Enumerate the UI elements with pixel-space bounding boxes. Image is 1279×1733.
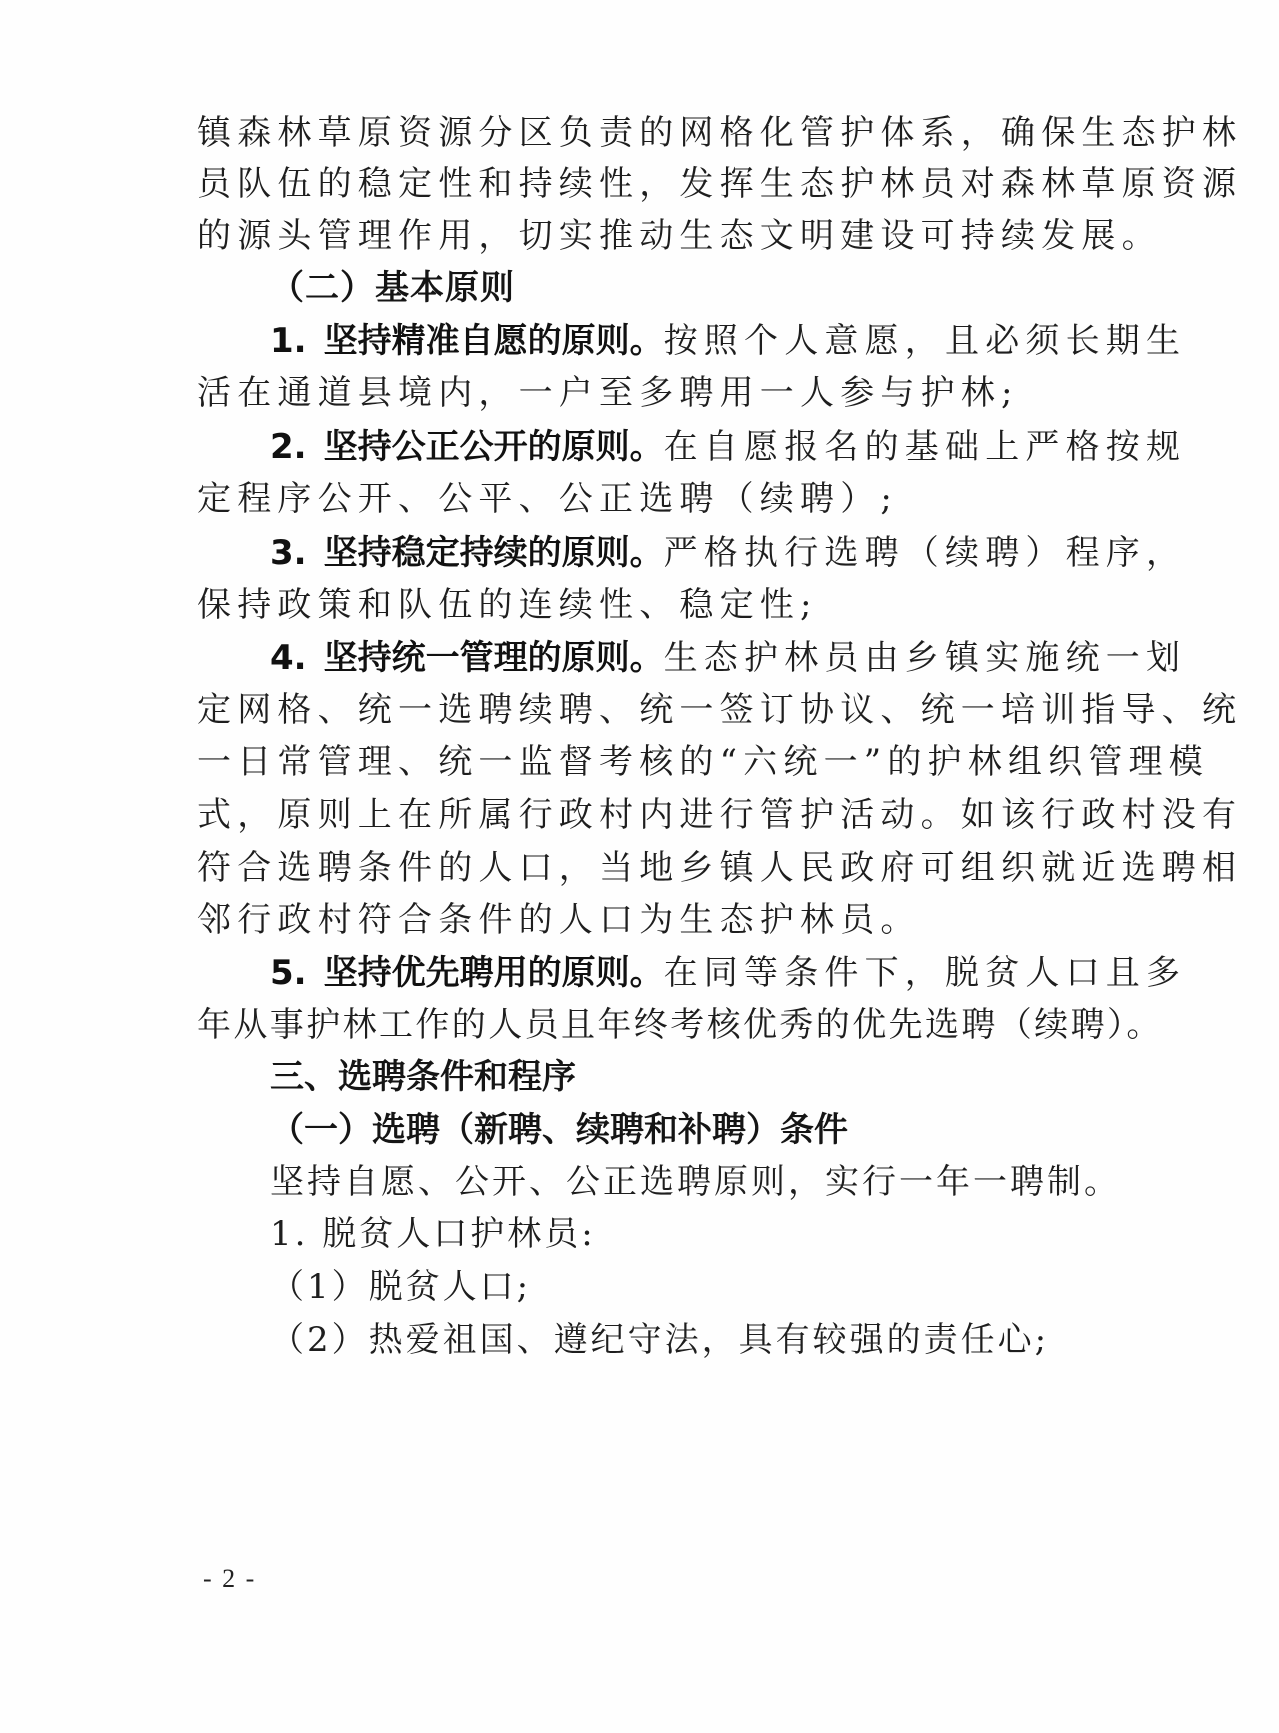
principle-2-continuation: 定程序公开、公平、公正选聘（续聘）; <box>197 479 898 519</box>
category-1-item-1: （1）脱贫人口; <box>270 1267 531 1307</box>
subsection-1-intro: 坚持自愿、公开、公正选聘原则，实行一年一聘制。 <box>270 1162 1121 1202</box>
principle-4-continuation-4: 符合选聘条件的人口，当地乡镇人民政府可组织就近选聘相 <box>197 848 1242 888</box>
principle-2-number: 2. <box>270 427 307 467</box>
principle-4-title: 坚持统一管理的原则。 <box>324 638 664 678</box>
intro-line-1: 镇森林草原资源分区负责的网格化管护体系，确保生态护林 <box>197 113 1242 153</box>
principle-4-continuation-3: 式，原则上在所属行政村内进行管护活动。如该行政村没有 <box>197 795 1242 835</box>
principle-5-title: 坚持优先聘用的原则。 <box>324 953 664 993</box>
principle-5-number: 5. <box>270 953 307 993</box>
section-2-heading: （二）基本原则 <box>270 268 515 308</box>
principle-1-title: 坚持精准自愿的原则。 <box>324 321 664 361</box>
intro-line-3: 的源头管理作用，切实推动生态文明建设可持续发展。 <box>197 216 1162 256</box>
principle-2: 2. 坚持公正公开的原则。在自愿报名的基础上严格按规 <box>270 427 1186 467</box>
subsection-1-heading: （一）选聘（新聘、续聘和补聘）条件 <box>270 1110 848 1150</box>
principle-3: 3. 坚持稳定持续的原则。严格执行选聘（续聘）程序， <box>270 533 1186 573</box>
principle-3-continuation: 保持政策和队伍的连续性、稳定性; <box>197 585 818 625</box>
principle-5: 5. 坚持优先聘用的原则。在同等条件下，脱贫人口且多 <box>270 953 1186 993</box>
principle-4-continuation-5: 邻行政村符合条件的人口为生态护林员。 <box>197 900 921 940</box>
document-page: 镇森林草原资源分区负责的网格化管护体系，确保生态护林 员队伍的稳定性和持续性，发… <box>0 0 1279 1733</box>
principle-3-title: 坚持稳定持续的原则。 <box>324 533 664 573</box>
principle-2-title: 坚持公正公开的原则。 <box>324 427 664 467</box>
principle-4-text: 生态护林员由乡镇实施统一划 <box>664 638 1187 678</box>
principle-1: 1. 坚持精准自愿的原则。按照个人意愿，且必须长期生 <box>270 321 1186 361</box>
principle-5-text: 在同等条件下，脱贫人口且多 <box>664 953 1187 993</box>
section-3-heading: 三、选聘条件和程序 <box>270 1057 576 1097</box>
principle-4: 4. 坚持统一管理的原则。生态护林员由乡镇实施统一划 <box>270 638 1186 678</box>
principle-5-continuation: 年从事护林工作的人员且年终考核优秀的优先选聘（续聘）。 <box>197 1005 1163 1045</box>
principle-4-number: 4. <box>270 638 307 678</box>
principle-4-continuation-1: 定网格、统一选聘续聘、统一签订协议、统一培训指导、统 <box>197 690 1242 730</box>
principle-1-text: 按照个人意愿，且必须长期生 <box>664 321 1187 361</box>
principle-4-continuation-2: 一日常管理、统一监督考核的“六统一”的护林组织管理模 <box>197 742 1209 782</box>
principle-3-text: 严格执行选聘（续聘）程序， <box>664 533 1187 573</box>
category-1-item-2: （2）热爱祖国、遵纪守法，具有较强的责任心; <box>270 1320 1049 1360</box>
principle-1-continuation: 活在通道县境内，一户至多聘用一人参与护林; <box>197 373 1019 413</box>
principle-3-number: 3. <box>270 533 307 573</box>
principle-1-number: 1. <box>270 321 307 361</box>
principle-2-text: 在自愿报名的基础上严格按规 <box>664 427 1187 467</box>
page-number: - 2 - <box>203 1564 256 1594</box>
category-1-heading: 1. 脱贫人口护林员: <box>270 1214 596 1254</box>
intro-line-2: 员队伍的稳定性和持续性，发挥生态护林员对森林草原资源 <box>197 164 1242 204</box>
